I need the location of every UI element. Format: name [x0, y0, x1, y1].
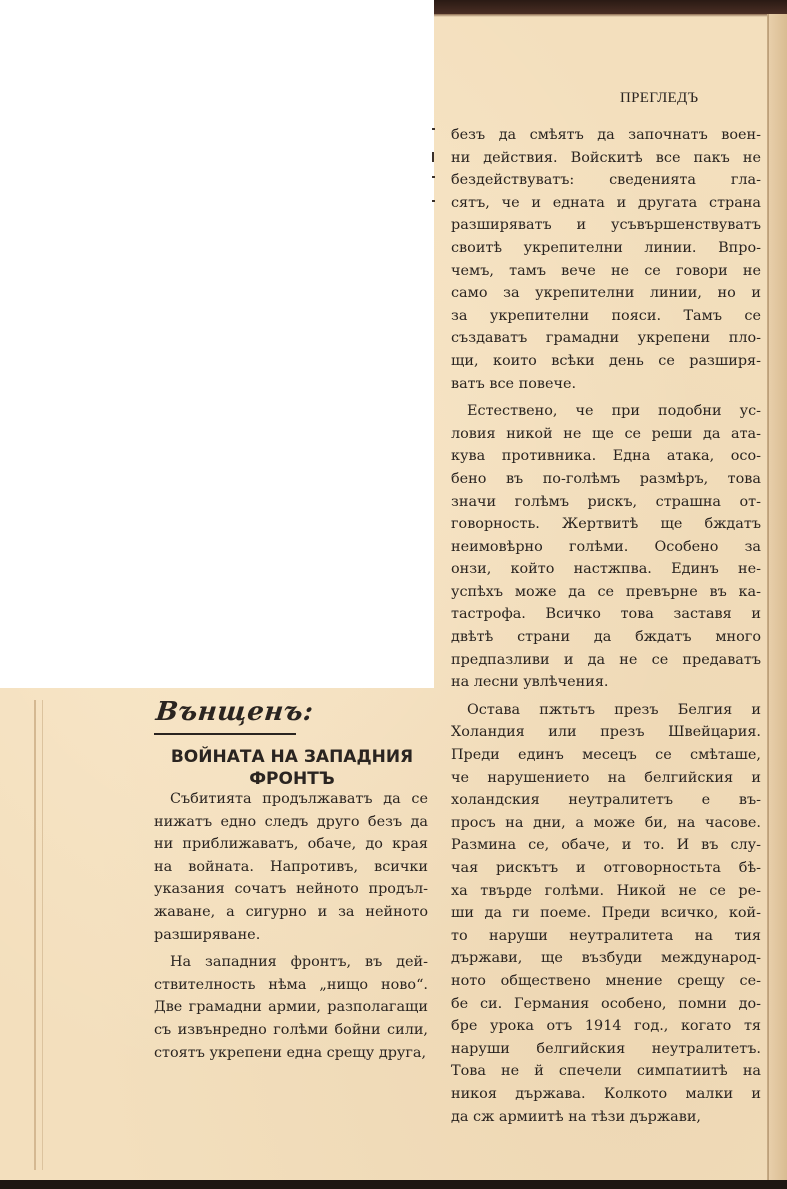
page-fold-line-left-inner	[42, 700, 43, 1170]
text-line: бе си. Германия особено, помни до-	[451, 993, 761, 1016]
text-line: просъ на дни, а може би, на часове.	[451, 812, 761, 835]
blank-masked-region	[0, 0, 434, 688]
running-head: ПРЕГЛЕДЪ	[620, 90, 698, 107]
text-line: държави, ще възбуди международ-	[451, 947, 761, 970]
section-underline	[154, 733, 296, 735]
text-line: значи голѣмъ рискъ, страшна от-	[451, 491, 761, 514]
cut-off-text-fragments	[432, 128, 438, 238]
text-line: ха твърде голѣми. Никой не се ре-	[451, 880, 761, 903]
text-line: Естествено, че при подобни ус-	[451, 400, 761, 423]
text-line: На западния фронтъ, въ дей-	[154, 951, 428, 974]
text-line: ствителность нѣма „нищо ново“.	[154, 974, 428, 997]
right-text-column: безъ да смѣятъ да започнатъ воен-ни дейс…	[451, 124, 761, 1128]
text-line: онзи, който настжпва. Единъ не-	[451, 558, 761, 581]
text-line: Остава пжтьтъ презъ Белгия и	[451, 699, 761, 722]
text-line: разширяватъ и усъвършенствуватъ	[451, 214, 761, 237]
text-line: да сж армиитѣ на тѣзи държави,	[451, 1106, 761, 1129]
text-line: сятъ, че и едната и другата страна	[451, 192, 761, 215]
text-line: Две грамадни армии, разполагащи	[154, 996, 428, 1019]
text-line: предпазливи и да не се предаватъ	[451, 649, 761, 672]
scan-top-edge	[434, 0, 787, 14]
page-fold-line-right	[767, 14, 769, 1180]
text-line: безъ да смѣятъ да започнатъ воен-	[451, 124, 761, 147]
scan-bottom-edge	[0, 1180, 787, 1189]
text-line: създаватъ грамадни укрепени пло-	[451, 327, 761, 350]
text-line: двѣтѣ страни да бждатъ много	[451, 626, 761, 649]
section-label: Вънщенъ:	[154, 697, 314, 727]
article-title: ВОЙНАТА НА ЗАПАДНИЯ ФРОНТЪ	[154, 746, 430, 790]
text-line: съ извънредно голѣми бойни сили,	[154, 1019, 428, 1042]
text-line: ши да ги поеме. Преди всичко, кой-	[451, 902, 761, 925]
text-line: за укрепителни пояси. Тамъ се	[451, 305, 761, 328]
text-line: стоятъ укрепени една срещу друга,	[154, 1042, 428, 1065]
text-line: ловия никой не ще се реши да ата-	[451, 423, 761, 446]
text-line: успѣхъ може да се превърне въ ка-	[451, 581, 761, 604]
text-line: ни действия. Войскитѣ все пакъ не	[451, 147, 761, 170]
text-line: Размина се, обаче, и то. И въ слу-	[451, 834, 761, 857]
text-line: че нарушението на белгийския и	[451, 767, 761, 790]
text-line: Преди единъ месецъ се смѣташе,	[451, 744, 761, 767]
text-line: щи, които всѣки день се разширя-	[451, 350, 761, 373]
left-text-column: Събитията продължаватъ да сенижатъ едно …	[154, 788, 428, 1064]
text-line: Събитията продължаватъ да се	[154, 788, 428, 811]
text-line: чая рискътъ и отговорностьта бѣ-	[451, 857, 761, 880]
text-line: жаване, а сигурно и за нейното	[154, 901, 428, 924]
article-title-line-2: ФРОНТЪ	[154, 768, 430, 790]
page-fold-line-left	[34, 700, 36, 1170]
text-line: никоя държава. Колкото малки и	[451, 1083, 761, 1106]
text-line: разширяване.	[154, 924, 428, 947]
text-line: чемъ, тамъ вече не се говори не	[451, 260, 761, 283]
text-line: то наруши неутралитета на тия	[451, 925, 761, 948]
text-line: бено въ по-голѣмъ размѣръ, това	[451, 468, 761, 491]
article-title-line-1: ВОЙНАТА НА ЗАПАДНИЯ	[154, 746, 430, 768]
text-line: нижатъ едно следъ друго безъ да	[154, 811, 428, 834]
text-line: ватъ все повече.	[451, 373, 761, 396]
text-line: указания сочатъ нейното продъл-	[154, 878, 428, 901]
text-line: ни приближаватъ, обаче, до края	[154, 833, 428, 856]
text-line: на лесни увлѣчения.	[451, 671, 761, 694]
text-line: бре урока отъ 1914 год., когато тя	[451, 1015, 761, 1038]
text-line: тастрофа. Всичко това заставя и	[451, 603, 761, 626]
text-line: на войната. Напротивъ, всички	[154, 856, 428, 879]
text-line: холандския неутралитетъ е въ-	[451, 789, 761, 812]
page-fold-shade	[769, 14, 787, 1180]
text-line: Това не й спечели симпатиитѣ на	[451, 1060, 761, 1083]
text-line: ното обществено мнение срещу се-	[451, 970, 761, 993]
text-line: Холандия или презъ Швейцария.	[451, 721, 761, 744]
text-line: говорность. Жертвитѣ ще бждатъ	[451, 513, 761, 536]
text-line: наруши белгийския неутралитетъ.	[451, 1038, 761, 1061]
text-line: кува противника. Една атака, осо-	[451, 445, 761, 468]
text-line: бездействуватъ: сведенията гла-	[451, 169, 761, 192]
text-line: неимовѣрно голѣми. Особено за	[451, 536, 761, 559]
text-line: своитѣ укрепителни линии. Впро-	[451, 237, 761, 260]
text-line: само за укрепителни линии, но и	[451, 282, 761, 305]
